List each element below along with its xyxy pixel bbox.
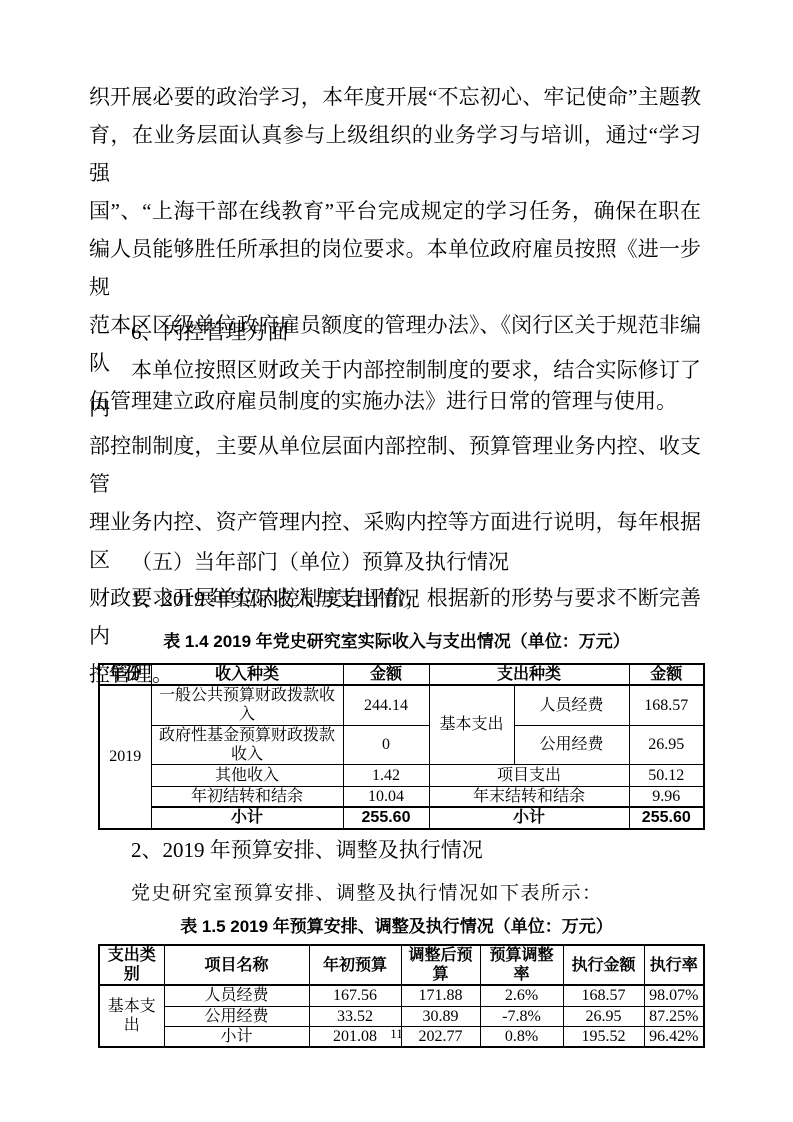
page-number: 11 [0, 1026, 793, 1041]
t15-executed-amount: 168.57 [563, 985, 644, 1006]
t14-header-amount: 金额 [629, 664, 704, 685]
paragraph-line: 国”、“上海干部在线教育”平台完成规定的学习任务，确保在职在 [89, 192, 701, 230]
t15-adjust-rate: -7.8% [480, 1006, 563, 1026]
t15-exec-rate: 87.25% [644, 1006, 704, 1026]
paragraph-line: 部控制制度，主要从单位层面内部控制、预算管理业务内控、收支管 [89, 427, 701, 503]
t14-header-income-type: 收入种类 [151, 664, 343, 685]
document-page: 织开展必要的政治学习，本年度开展“不忘初心、牢记使命”主题教 育，在业务层面认真… [0, 0, 793, 1122]
t15-adjusted-budget: 30.89 [401, 1006, 480, 1026]
t15-initial-budget: 167.56 [309, 985, 401, 1006]
t14-income-subtotal-value: 255.60 [343, 807, 429, 828]
t14-expense-category: 基本支出 [429, 685, 514, 764]
paragraph-line: 育，在业务层面认真参与上级组织的业务学习与培训，通过“学习强 [89, 116, 701, 192]
t15-adjusted-budget: 171.88 [401, 985, 480, 1006]
table15-lead-text: 党史研究室预算安排、调整及执行情况如下表所示： [89, 879, 729, 909]
t14-expense-label: 项目支出 [429, 764, 629, 786]
paragraph-line: 编人员能够胜任所承担的岗位要求。本单位政府雇员按照《进一步规 [89, 230, 701, 306]
heading-budget-adjust-execute: 2、2019 年预算安排、调整及执行情况 [89, 831, 701, 869]
t14-header-expense-type: 支出种类 [429, 664, 629, 685]
t14-expense-value: 26.95 [629, 725, 704, 764]
t15-initial-budget: 33.52 [309, 1006, 401, 1026]
heading-section-five: （五）当年部门（单位）预算及执行情况 [89, 543, 701, 581]
t14-header-year: 年份 [99, 664, 151, 685]
t14-year-cell: 2019 [99, 685, 151, 828]
t14-income-label: 年初结转和结余 [151, 786, 343, 807]
table15-caption: 表 1.5 2019 年预算安排、调整及执行情况（单位：万元） [0, 915, 793, 939]
heading-text: 6、内控管理方面 [89, 313, 701, 351]
t15-header-exec-rate: 执行率 [644, 945, 704, 985]
heading-text: 2、2019 年预算安排、调整及执行情况 [89, 831, 701, 869]
t15-exec-rate: 98.07% [644, 985, 704, 1006]
t14-income-subtotal-label: 小计 [151, 807, 343, 828]
heading-actual-income-expense: 1、2019 年实际收入与支出情况 [89, 580, 701, 618]
table-actual-income-expense: 年份 收入种类 金额 支出种类 金额 2019 一般公共预算财政拨款收入 244… [98, 663, 705, 830]
t15-header-item: 项目名称 [164, 945, 309, 985]
t14-income-value: 10.04 [343, 786, 429, 807]
heading-internal-control: 6、内控管理方面 [89, 313, 701, 351]
t14-expense-subtotal-value: 255.60 [629, 807, 704, 828]
t14-expense-value: 9.96 [629, 786, 704, 807]
t15-header-adjusted-budget: 调整后预算 [401, 945, 480, 985]
t15-header-initial-budget: 年初预算 [309, 945, 401, 985]
t15-header-adjust-rate: 预算调整率 [480, 945, 563, 985]
t14-income-label: 一般公共预算财政拨款收入 [151, 685, 343, 725]
t15-adjust-rate: 2.6% [480, 985, 563, 1006]
t14-expense-label: 公用经费 [514, 725, 629, 764]
t14-income-label: 其他收入 [151, 764, 343, 786]
t14-expense-value: 168.57 [629, 685, 704, 725]
t14-income-label: 政府性基金预算财政拨款收入 [151, 725, 343, 764]
t14-expense-subtotal-label: 小计 [429, 807, 629, 828]
t15-executed-amount: 26.95 [563, 1006, 644, 1026]
t15-header-executed-amount: 执行金额 [563, 945, 644, 985]
t15-item-name: 人员经费 [164, 985, 309, 1006]
t14-income-value: 0 [343, 725, 429, 764]
t14-header-amount: 金额 [343, 664, 429, 685]
t15-item-name: 公用经费 [164, 1006, 309, 1026]
table14-caption: 表 1.4 2019 年党史研究室实际收入与支出情况（单位：万元） [0, 630, 793, 654]
t15-header-category: 支出类别 [99, 945, 164, 985]
t14-expense-value: 50.12 [629, 764, 704, 786]
paragraph-line: 本单位按照区财政关于内部控制制度的要求，结合实际修订了内 [89, 351, 701, 427]
t14-income-value: 244.14 [343, 685, 429, 725]
paragraph-line: 织开展必要的政治学习，本年度开展“不忘初心、牢记使命”主题教 [89, 78, 701, 116]
t14-income-value: 1.42 [343, 764, 429, 786]
heading-text: 1、2019 年实际收入与支出情况 [89, 580, 701, 618]
t14-expense-label: 年末结转和结余 [429, 786, 629, 807]
heading-text: （五）当年部门（单位）预算及执行情况 [89, 543, 701, 581]
t14-expense-label: 人员经费 [514, 685, 629, 725]
